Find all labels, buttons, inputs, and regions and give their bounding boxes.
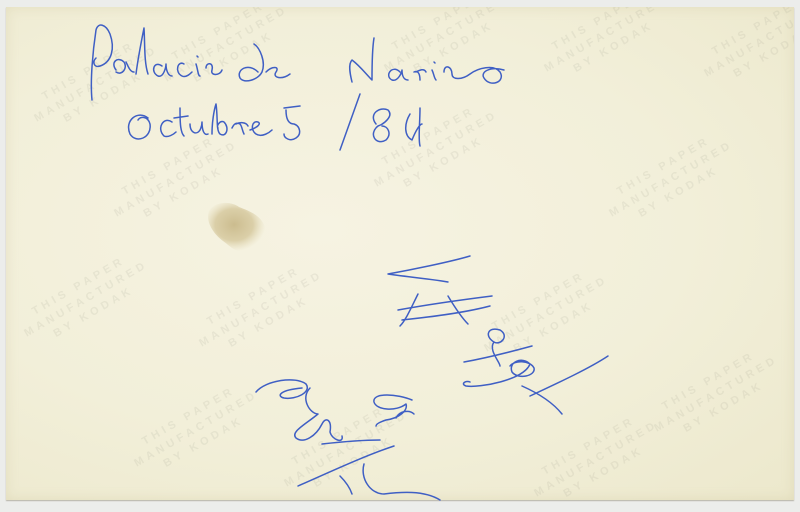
handwriting-signature <box>256 380 440 500</box>
handwriting-ink <box>0 0 800 512</box>
handwriting-code <box>374 395 412 426</box>
handwriting-line-1 <box>91 25 504 100</box>
handwriting-line-2 <box>129 94 422 150</box>
handwriting-note <box>388 256 608 414</box>
